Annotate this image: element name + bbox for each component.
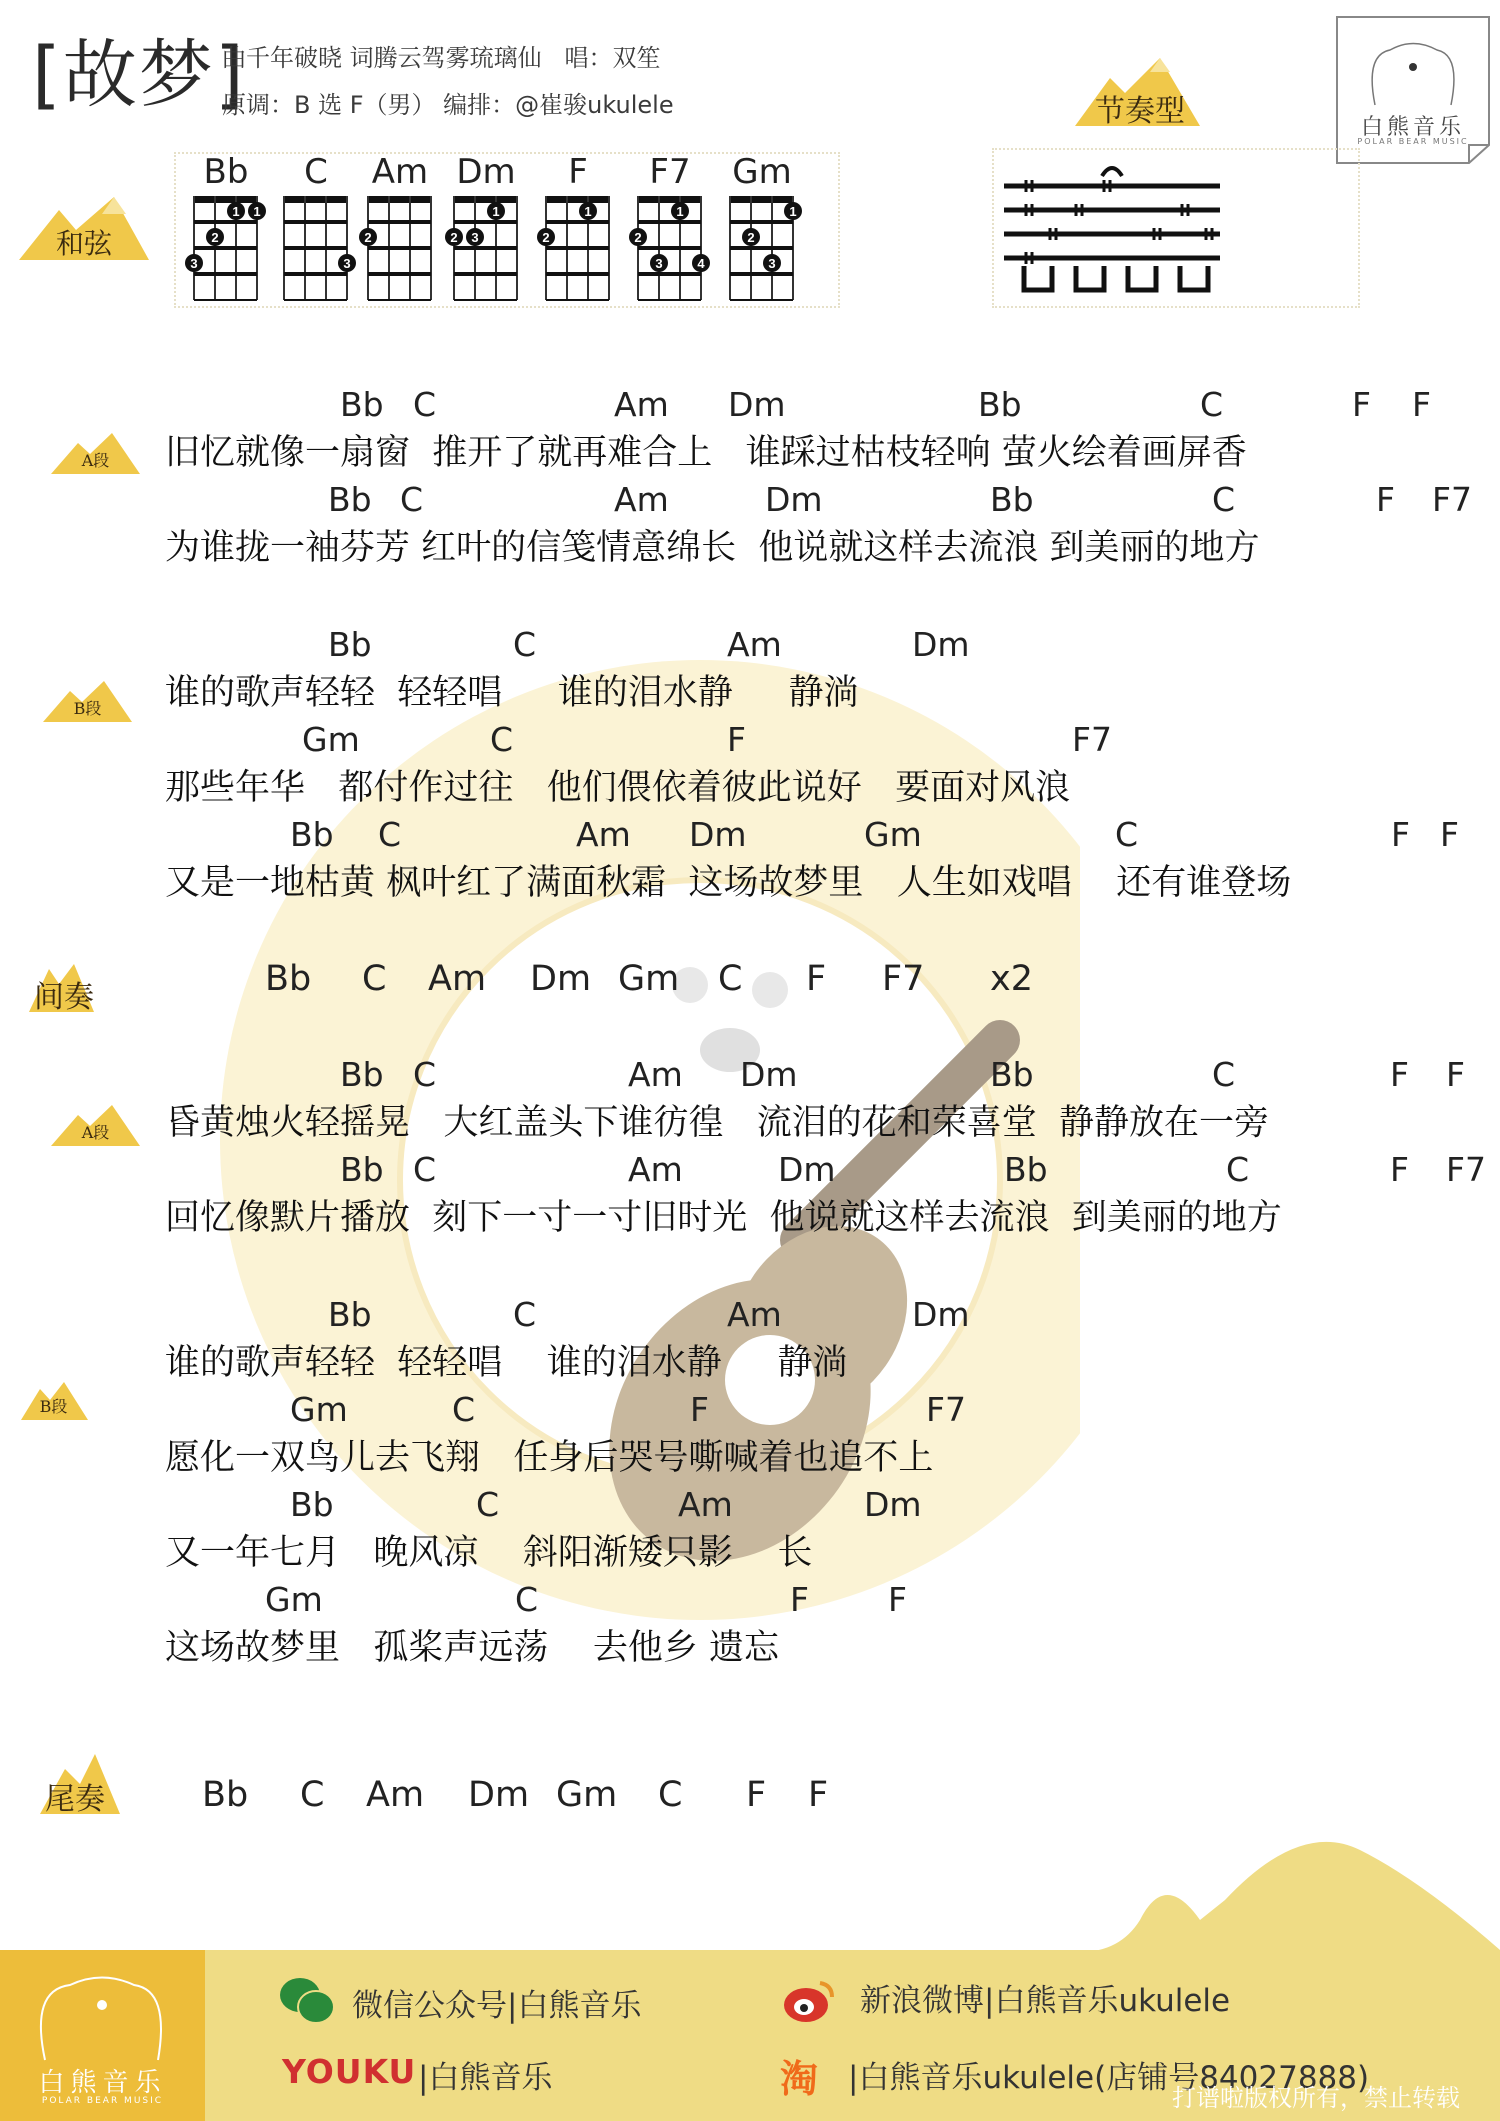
footer-mountain-decoration [1000, 1810, 1500, 1952]
lyric-line: 谁的歌声轻轻 轻轻唱 谁的泪水静 静淌 [165, 671, 859, 715]
chord-label: F [727, 720, 746, 760]
chord-label: C [1212, 480, 1235, 520]
chord-label: Bb [1004, 1150, 1048, 1190]
badge-chords: 和弦 [14, 192, 154, 262]
chord-label: C [1226, 1150, 1249, 1190]
chord-label: Dm [689, 815, 747, 855]
chord-row: BbCAmDmGmCFF [0, 815, 1500, 863]
chord-label: F [1440, 815, 1459, 855]
chord-label: C [413, 1055, 436, 1095]
chord-label: F [1376, 480, 1395, 520]
chord-label: Bb [340, 1055, 384, 1095]
chord-label: Dm [530, 958, 591, 1000]
weibo-account[interactable]: 新浪微博|白熊音乐ukulele [860, 1975, 1230, 2020]
svg-text:2: 2 [747, 230, 754, 245]
chord-label: C [513, 1295, 536, 1335]
svg-text:3: 3 [190, 256, 197, 271]
chord-label: C [1200, 385, 1223, 425]
chord-label: Bb [290, 815, 334, 855]
chord-row: BbCAmDm [0, 625, 1500, 673]
svg-text:2: 2 [542, 230, 549, 245]
fretboard-icon: 123 [730, 196, 794, 302]
chord-name: F7 [630, 152, 710, 192]
chord-label: Am [614, 385, 669, 425]
chord-label: Bb [265, 958, 311, 1000]
chord-label: Am [576, 815, 631, 855]
chord-label: Bb [978, 385, 1022, 425]
chord-label: Bb [202, 1774, 248, 1816]
lyric-line: 又一年七月 晚风凉 斜阳渐矮只影 长 [165, 1531, 812, 1575]
chord-label: C [378, 815, 401, 855]
chord-label: Gm [290, 1390, 348, 1430]
chord-label: C [413, 1150, 436, 1190]
chord-row: BbCAmDm [0, 1295, 1500, 1343]
svg-text:2: 2 [450, 230, 457, 245]
svg-text:1: 1 [584, 204, 591, 219]
chord-label: Am [628, 1150, 683, 1190]
chord-label: Dm [765, 480, 823, 520]
lyric-line: 愿化一双鸟儿去飞翔 任身后哭号嘶喊着也追不上 [165, 1436, 933, 1480]
credits-line-2: 原调：B 选 F（男） 编排：@崔骏ukulele [222, 85, 674, 120]
badge-section-a: A段 [48, 428, 143, 476]
svg-text:1: 1 [253, 204, 260, 219]
footer-brand-logo: 白熊音乐 POLAR BEAR MUSIC [0, 1950, 205, 2121]
youku-logo: YOUKU [282, 2052, 416, 2091]
svg-text:2: 2 [211, 230, 218, 245]
chord-label: F7 [926, 1390, 966, 1430]
chord-label: F [808, 1774, 828, 1816]
chord-label: F [1412, 385, 1431, 425]
fretboard-icon: 1123 [194, 196, 258, 302]
svg-text:2: 2 [364, 230, 371, 245]
chord-label: Dm [912, 1295, 970, 1335]
chord-label: F7 [1072, 720, 1112, 760]
svg-text:3: 3 [471, 230, 478, 245]
svg-text:1: 1 [232, 204, 239, 219]
svg-text:1: 1 [492, 204, 499, 219]
chord-label: F [746, 1774, 766, 1816]
chord-label: Bb [328, 480, 372, 520]
copyright-notice: 打谱啦版权所有，禁止转载 [1172, 2078, 1460, 2113]
weibo-icon [782, 1975, 838, 2025]
fretboard-icon: 12 [546, 196, 610, 302]
chord-row: BbCAmDmBbCFF7 [0, 480, 1500, 528]
chord-label: F7 [1446, 1150, 1486, 1190]
svg-text:2: 2 [634, 230, 641, 245]
chord-row: BbCAmDmBbCFF7 [0, 1150, 1500, 1198]
chord-label: C [658, 1774, 682, 1816]
svg-text:3: 3 [343, 256, 350, 271]
chord-label: Bb [328, 625, 372, 665]
chord-label: Bb [340, 1150, 384, 1190]
chord-label: F [1352, 385, 1371, 425]
chord-name: C [276, 152, 356, 192]
chord-label: C [1115, 815, 1138, 855]
chord-label: F [1390, 1055, 1409, 1095]
svg-text:1: 1 [676, 204, 683, 219]
chord-label: F [790, 1580, 809, 1620]
svg-text:3: 3 [655, 256, 662, 271]
lyric-line: 昏黄烛火轻摇晃 大红盖头下谁彷徨 流泪的花和荣喜堂 静静放在一旁 [165, 1101, 1269, 1145]
chord-name: Bb [186, 152, 266, 192]
lyric-line: 那些年华 都付作过往 他们偎依着彼此说好 要面对风浪 [165, 766, 1070, 810]
chord-label: Am [614, 480, 669, 520]
lyric-line: 谁的歌声轻轻 轻轻唱 谁的泪水静 静淌 [165, 1341, 847, 1385]
chord-label: Dm [912, 625, 970, 665]
chord-row: GmCFF7 [0, 720, 1500, 768]
chord-label: F [1446, 1055, 1465, 1095]
chord-label: C [515, 1580, 538, 1620]
chord-row: GmCFF [0, 1580, 1500, 1628]
chord-label: Am [428, 958, 486, 1000]
chord-label: Bb [290, 1485, 334, 1525]
chord-label: C [718, 958, 742, 1000]
chord-label: F [888, 1580, 907, 1620]
lyric-line: 回忆像默片播放 刻下一寸一寸旧时光 他说就这样去流浪 到美丽的地方 [165, 1196, 1282, 1240]
chord-label: F7 [882, 958, 924, 1000]
chord-label: C [476, 1485, 499, 1525]
chord-label: C [400, 480, 423, 520]
lyric-line: 旧忆就像一扇窗 推开了就再难合上 谁踩过枯枝轻响 萤火绘着画屏香 [165, 431, 1247, 475]
lyric-line: 为谁拢一袖芬芳 红叶的信笺情意绵长 他说就这样去流浪 到美丽的地方 [165, 526, 1260, 570]
chord-label: Bb [328, 1295, 372, 1335]
chord-label: Bb [990, 1055, 1034, 1095]
chord-label: Gm [618, 958, 679, 1000]
chord-label: F7 [1432, 480, 1472, 520]
chord-name: Am [360, 152, 440, 192]
chord-label: Dm [778, 1150, 836, 1190]
svg-text:4: 4 [697, 256, 705, 271]
chord-diagram-panel: Bb1123C3Am2Dm123F12F71234Gm123 [174, 152, 840, 308]
credits-line-1: 曲千年破晓 词腾云驾雾琉璃仙 唱：双笙 [222, 38, 661, 73]
lyric-line: 又是一地枯黄 枫叶红了满面秋霜 这场故梦里 人生如戏唱 还有谁登场 [165, 861, 1291, 905]
chord-label: x2 [990, 958, 1033, 1000]
brand-logo: 白熊音乐 POLAR BEAR MUSIC [1335, 15, 1491, 165]
chord-name: F [538, 152, 618, 192]
chord-label: C [490, 720, 513, 760]
chord-label: Dm [468, 1774, 529, 1816]
youku-account[interactable]: |白熊音乐 [418, 2052, 552, 2097]
chord-label: Am [628, 1055, 683, 1095]
chord-label: F [1391, 815, 1410, 855]
chord-label: C [452, 1390, 475, 1430]
chord-label: C [413, 385, 436, 425]
chord-label: F [806, 958, 826, 1000]
fretboard-icon: 2 [368, 196, 432, 302]
badge-strum: 节奏型 [1070, 58, 1210, 128]
wechat-account[interactable]: 微信公众号|白熊音乐 [352, 1980, 641, 2025]
strum-pattern-panel [992, 148, 1360, 308]
chord-label: F [690, 1390, 709, 1430]
interlude-chords: BbCAmDmGmCFF7x2 [0, 958, 1500, 1002]
chord-label: Am [727, 1295, 782, 1335]
chord-label: F [1390, 1150, 1409, 1190]
chord-name: Dm [446, 152, 526, 192]
chord-label: Gm [265, 1580, 323, 1620]
chord-label: Gm [302, 720, 360, 760]
chord-label: Dm [728, 385, 786, 425]
chord-label: Am [727, 625, 782, 665]
fretboard-icon: 3 [284, 196, 348, 302]
chord-row: BbCAmDm [0, 1485, 1500, 1533]
chord-label: Am [678, 1485, 733, 1525]
chord-label: Gm [864, 815, 922, 855]
fretboard-icon: 123 [454, 196, 518, 302]
chord-label: C [362, 958, 386, 1000]
song-title: [故梦] [32, 30, 246, 120]
chord-label: Am [366, 1774, 424, 1816]
chord-label: C [513, 625, 536, 665]
badge-section-a-2: A段 [48, 1100, 143, 1148]
chord-label: C [1212, 1055, 1235, 1095]
chord-label: Gm [556, 1774, 617, 1816]
badge-section-b: B段 [40, 676, 135, 724]
taobao-icon: 淘 [780, 2048, 818, 2103]
strum-pattern-diagram [994, 150, 1358, 306]
chord-label: Bb [990, 480, 1034, 520]
chord-label: Dm [740, 1055, 798, 1095]
svg-text:3: 3 [768, 256, 775, 271]
lyric-line: 这场故梦里 孤桨声远荡 去他乡 遗忘 [165, 1626, 779, 1670]
fretboard-icon: 1234 [638, 196, 702, 302]
brand-name-en: POLAR BEAR MUSIC [1335, 137, 1491, 146]
chord-label: C [300, 1774, 324, 1816]
svg-text:1: 1 [789, 204, 796, 219]
chord-label: Bb [340, 385, 384, 425]
wechat-icon [278, 1975, 338, 2027]
chord-name: Gm [722, 152, 802, 192]
chord-label: Dm [864, 1485, 922, 1525]
chord-row: BbCAmDmBbCFF [0, 1055, 1500, 1103]
chord-row: GmCFF7 [0, 1390, 1500, 1438]
chord-row: BbCAmDmBbCFF [0, 385, 1500, 433]
